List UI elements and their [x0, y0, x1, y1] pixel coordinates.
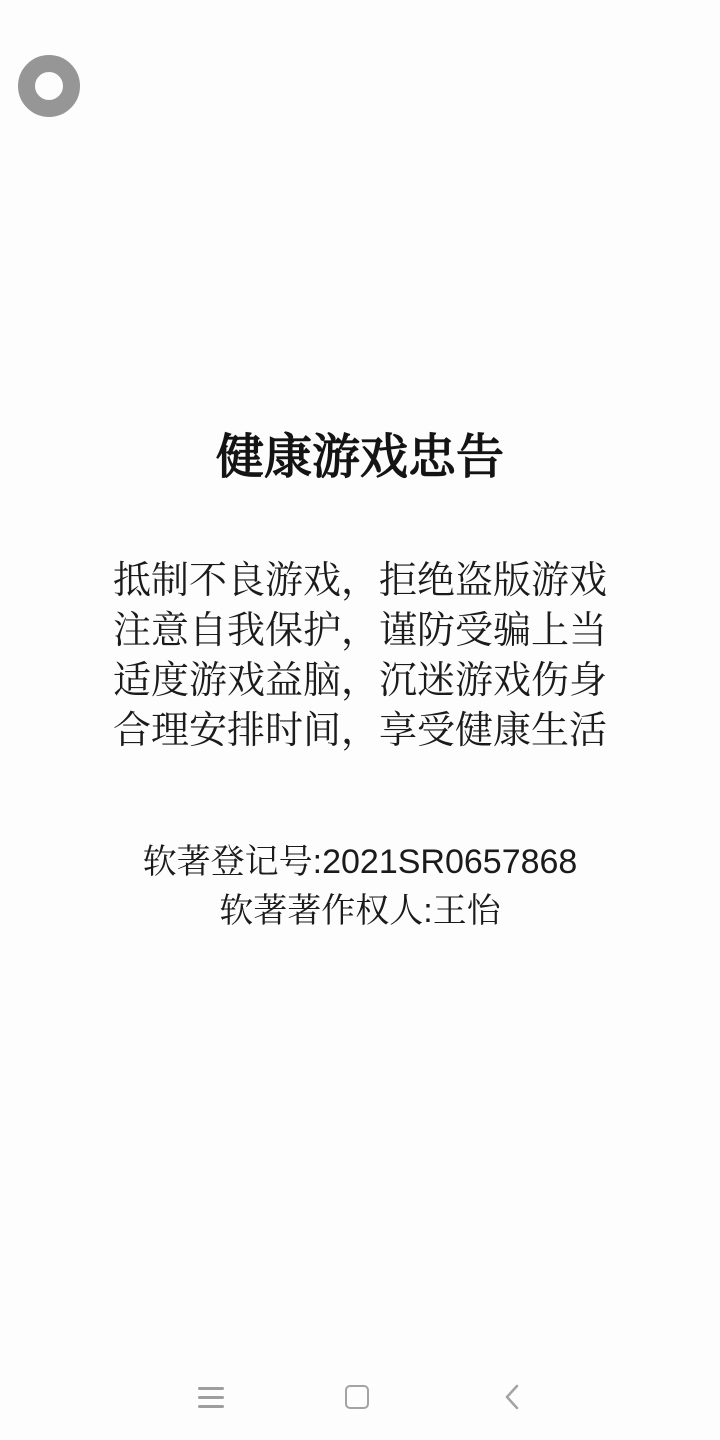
copyright-holder: 软著著作权人:王怡 — [0, 887, 720, 936]
home-icon — [345, 1385, 369, 1409]
back-button[interactable] — [486, 1371, 538, 1423]
notice-line-1: 抵制不良游戏，拒绝盗版游戏 — [0, 556, 720, 606]
android-nav-bar — [0, 1350, 720, 1440]
notice-line-2: 注意自我保护，谨防受骗上当 — [0, 606, 720, 656]
registration-number: 软著登记号:2021SR0657868 — [0, 838, 720, 887]
health-notice-body: 抵制不良游戏，拒绝盗版游戏 注意自我保护，谨防受骗上当 适度游戏益脑，沉迷游戏伤… — [0, 556, 720, 756]
menu-button[interactable] — [185, 1371, 237, 1423]
notice-line-4: 合理安排时间，享受健康生活 — [0, 706, 720, 756]
back-icon — [503, 1383, 521, 1411]
registration-block: 软著登记号:2021SR0657868 软著著作权人:王怡 — [0, 838, 720, 936]
loading-spinner-icon — [18, 55, 80, 117]
notice-line-3: 适度游戏益脑，沉迷游戏伤身 — [0, 656, 720, 706]
home-button[interactable] — [331, 1371, 383, 1423]
health-notice-title: 健康游戏忠告 — [0, 430, 720, 486]
menu-icon — [198, 1387, 224, 1408]
game-splash-screen: 健康游戏忠告 抵制不良游戏，拒绝盗版游戏 注意自我保护，谨防受骗上当 适度游戏益… — [0, 0, 720, 1440]
